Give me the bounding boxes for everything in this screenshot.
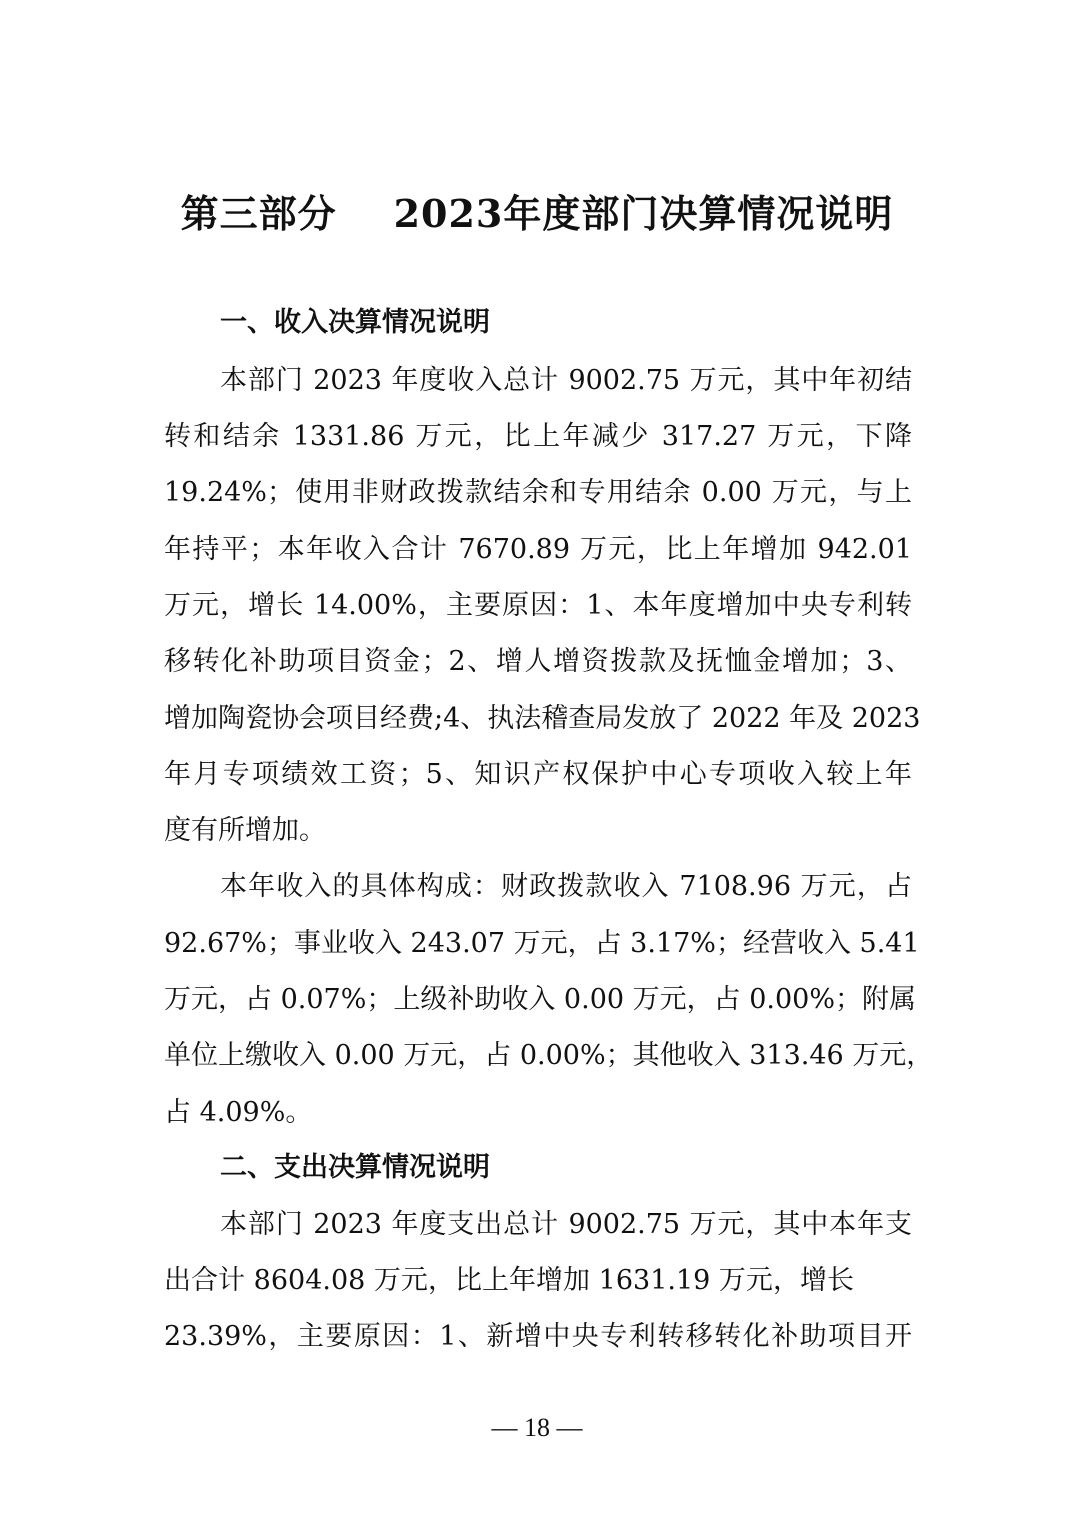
text-line: 增加陶瓷协会项目经费;4、执法稽查局发放了 2022 年及 2023 xyxy=(164,699,912,739)
section-heading-expenditure: 二、支出决算情况说明 xyxy=(220,1148,490,1188)
text-line: 92.67%；事业收入 243.07 万元，占 3.17%；经营收入 5.41 xyxy=(164,924,912,964)
text-line: 年持平；本年收入合计 7670.89 万元，比上年增加 942.01 xyxy=(164,530,912,570)
document-page: 第三部分 2023年度部门决算情况说明 一、收入决算情况说明 本部门 2023 … xyxy=(0,0,1074,1520)
text-line: 年月专项绩效工资；5、知识产权保护中心专项收入较上年 xyxy=(164,755,912,795)
text-line: 出合计 8604.08 万元，比上年增加 1631.19 万元，增长 xyxy=(164,1261,854,1301)
text-line: 19.24%；使用非财政拨款结余和专用结余 0.00 万元，与上 xyxy=(164,473,912,513)
page-number: — 18 — xyxy=(0,1410,1074,1446)
text-line: 占 4.09%。 xyxy=(164,1093,912,1133)
text-line: 本部门 2023 年度支出总计 9002.75 万元，其中本年支 xyxy=(220,1205,912,1245)
text-line: 万元，占 0.07%；上级补助收入 0.00 万元，占 0.00%；附属 xyxy=(164,980,912,1020)
text-line: 转和结余 1331.86 万元，比上年减少 317.27 万元，下降 xyxy=(164,417,912,457)
text-line: 本年收入的具体构成：财政拨款收入 7108.96 万元，占 xyxy=(220,867,912,907)
text-line: 移转化补助项目资金；2、增人增资拨款及抚恤金增加；3、 xyxy=(164,642,912,682)
text-line: 单位上缴收入 0.00 万元，占 0.00%；其他收入 313.46 万元， xyxy=(164,1036,912,1076)
section-heading-income: 一、收入决算情况说明 xyxy=(220,303,490,343)
text-line: 度有所增加。 xyxy=(164,811,912,851)
page-title: 第三部分 2023年度部门决算情况说明 xyxy=(0,188,1074,240)
text-line: 本部门 2023 年度收入总计 9002.75 万元，其中年初结 xyxy=(220,361,912,401)
text-line: 23.39%，主要原因：1、新增中央专利转移转化补助项目开 xyxy=(164,1317,912,1357)
text-line: 万元，增长 14.00%，主要原因：1、本年度增加中央专利转 xyxy=(164,586,912,626)
